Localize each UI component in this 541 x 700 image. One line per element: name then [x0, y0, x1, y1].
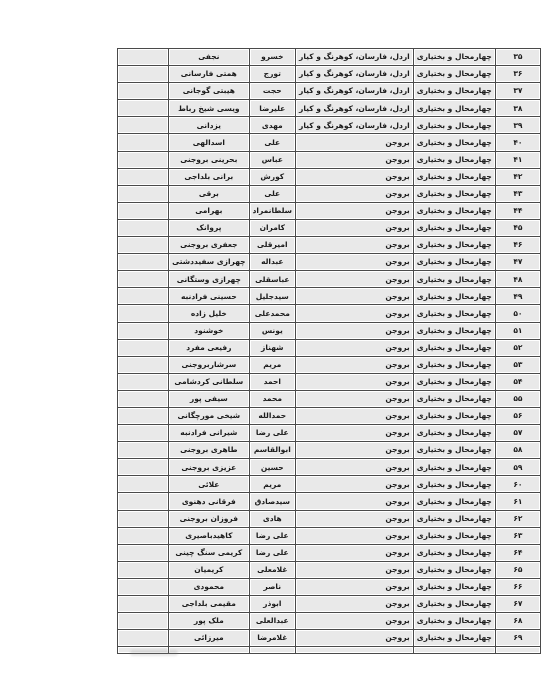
cell-empty [118, 510, 169, 527]
cell-row-number: ۳۶ [495, 66, 540, 83]
cell-last-name: اسدالهی [169, 134, 249, 151]
cell-first-name: کامران [249, 219, 296, 236]
table-row: ۵۹ چهارمحال و بختیاری بروجن حسین عزیزی ب… [118, 459, 541, 476]
cell-last-name: چهرازی سفیددشتی [169, 254, 249, 271]
cell-last-name: سلطانی کردشامی [169, 373, 249, 390]
roster-table-container: ۳۵ چهارمحال و بختیاری اردل، فارسان، کوهر… [117, 48, 541, 654]
scanned-page: ۳۵ چهارمحال و بختیاری اردل، فارسان، کوهر… [0, 0, 541, 700]
table-row: ۴۰ چهارمحال و بختیاری بروجن علی اسدالهی [118, 134, 541, 151]
cell-first-name: غلامعلی [249, 561, 296, 578]
cell-row-number: ۵۲ [495, 339, 540, 356]
cell-empty [118, 322, 169, 339]
cell-county: بروجن [296, 322, 414, 339]
cell-first-name: علی [249, 185, 296, 202]
cell-first-name: سیدجلیل [249, 288, 296, 305]
cell-county: اردل، فارسان، کوهرنگ و کیار [296, 83, 414, 100]
cell-row-number [495, 647, 540, 654]
cell-empty [118, 117, 169, 134]
cell-row-number: ۵۸ [495, 442, 540, 459]
cell-province: چهارمحال و بختیاری [413, 49, 495, 66]
table-row: ۴۹ چهارمحال و بختیاری بروجن سیدجلیل حسین… [118, 288, 541, 305]
cell-county: بروجن [296, 134, 414, 151]
cell-empty [118, 476, 169, 493]
cell-last-name: بهرامی [169, 202, 249, 219]
cell-county: بروجن [296, 237, 414, 254]
cell-row-number: ۴۴ [495, 202, 540, 219]
cell-last-name: عزیزی بروجنی [169, 459, 249, 476]
cell-last-name: ملک پور [169, 613, 249, 630]
cell-empty [118, 288, 169, 305]
cell-first-name: سیدصادق [249, 493, 296, 510]
cell-empty [118, 339, 169, 356]
cell-empty [118, 356, 169, 373]
table-row: ۳۶ چهارمحال و بختیاری اردل، فارسان، کوهر… [118, 66, 541, 83]
cell-province: چهارمحال و بختیاری [413, 305, 495, 322]
cell-first-name: محمدعلی [249, 305, 296, 322]
cell-row-number: ۵۷ [495, 425, 540, 442]
cell-province: چهارمحال و بختیاری [413, 356, 495, 373]
cell-province: چهارمحال و بختیاری [413, 613, 495, 630]
cell-first-name: کورش [249, 168, 296, 185]
cell-province [413, 647, 495, 654]
cell-first-name: حمدالله [249, 407, 296, 424]
cell-empty [118, 442, 169, 459]
cell-province: چهارمحال و بختیاری [413, 578, 495, 595]
cell-first-name: ابوالقاسم [249, 442, 296, 459]
table-row: ۶۸ چهارمحال و بختیاری بروجن عبدالعلی ملک… [118, 613, 541, 630]
table-row: ۶۵ چهارمحال و بختیاری بروجن غلامعلی کریم… [118, 561, 541, 578]
cell-last-name: هیبتی گوجانی [169, 83, 249, 100]
cell-county: بروجن [296, 544, 414, 561]
cell-empty [118, 151, 169, 168]
cell-last-name: خوشنود [169, 322, 249, 339]
cell-empty [118, 83, 169, 100]
cell-county: بروجن [296, 305, 414, 322]
cell-empty [118, 305, 169, 322]
cell-row-number: ۵۳ [495, 356, 540, 373]
cell-county: اردل، فارسان، کوهرنگ و کیار [296, 49, 414, 66]
table-row: ۳۹ چهارمحال و بختیاری اردل، فارسان، کوهر… [118, 117, 541, 134]
cell-county: بروجن [296, 613, 414, 630]
cell-row-number: ۴۶ [495, 237, 540, 254]
cell-province: چهارمحال و بختیاری [413, 390, 495, 407]
cell-row-number: ۶۷ [495, 596, 540, 613]
cell-province: چهارمحال و بختیاری [413, 630, 495, 647]
cell-county: بروجن [296, 373, 414, 390]
cell-first-name [249, 647, 296, 654]
table-row: ۴۶ چهارمحال و بختیاری بروجن امیرقلی جعفر… [118, 237, 541, 254]
cell-first-name: ابوذر [249, 596, 296, 613]
table-row: ۶۶ چهارمحال و بختیاری بروجن ناصر محمودی [118, 578, 541, 595]
table-row: ۵۷ چهارمحال و بختیاری بروجن علی رضا شیرا… [118, 425, 541, 442]
cell-row-number: ۳۸ [495, 100, 540, 117]
cell-first-name: یونس [249, 322, 296, 339]
cell-last-name: چهرازی وستگانی [169, 271, 249, 288]
cell-last-name: کریمی سنگ چینی [169, 544, 249, 561]
cell-province: چهارمحال و بختیاری [413, 442, 495, 459]
table-row: ۴۲ چهارمحال و بختیاری بروجن کورش برانی ب… [118, 168, 541, 185]
table-row: ۳۸ چهارمحال و بختیاری اردل، فارسان، کوهر… [118, 100, 541, 117]
scan-smudge-artifact [130, 650, 178, 656]
cell-row-number: ۶۲ [495, 510, 540, 527]
cell-row-number: ۴۱ [495, 151, 540, 168]
table-row: ۶۳ چهارمحال و بختیاری بروجن علی رضا کاهی… [118, 527, 541, 544]
cell-empty [118, 202, 169, 219]
table-row: ۴۸ چهارمحال و بختیاری بروجن عباسقلی چهرا… [118, 271, 541, 288]
cell-row-number: ۴۸ [495, 271, 540, 288]
cell-empty [118, 168, 169, 185]
cell-empty [118, 66, 169, 83]
cell-last-name: برقی [169, 185, 249, 202]
cell-row-number: ۶۴ [495, 544, 540, 561]
table-row: ۵۶ چهارمحال و بختیاری بروجن حمدالله شیخی… [118, 407, 541, 424]
cell-county: بروجن [296, 442, 414, 459]
cell-province: چهارمحال و بختیاری [413, 288, 495, 305]
cell-empty [118, 373, 169, 390]
cell-first-name: حجت [249, 83, 296, 100]
cell-first-name: علیرضا [249, 100, 296, 117]
table-row [118, 647, 541, 654]
cell-province: چهارمحال و بختیاری [413, 322, 495, 339]
cell-county: بروجن [296, 476, 414, 493]
cell-first-name: امیرقلی [249, 237, 296, 254]
cell-county: بروجن [296, 390, 414, 407]
table-row: ۴۴ چهارمحال و بختیاری بروجن سلطانمراد به… [118, 202, 541, 219]
table-row: ۵۴ چهارمحال و بختیاری بروجن احمد سلطانی … [118, 373, 541, 390]
cell-empty [118, 49, 169, 66]
cell-first-name: مریم [249, 356, 296, 373]
cell-county: بروجن [296, 561, 414, 578]
table-row: ۶۰ چهارمحال و بختیاری بروجن مریم علائی [118, 476, 541, 493]
cell-county: بروجن [296, 185, 414, 202]
cell-county: بروجن [296, 596, 414, 613]
cell-province: چهارمحال و بختیاری [413, 202, 495, 219]
table-row: ۴۳ چهارمحال و بختیاری بروجن علی برقی [118, 185, 541, 202]
cell-province: چهارمحال و بختیاری [413, 510, 495, 527]
table-row: ۵۰ چهارمحال و بختیاری بروجن محمدعلی خلیل… [118, 305, 541, 322]
cell-empty [118, 390, 169, 407]
cell-province: چهارمحال و بختیاری [413, 185, 495, 202]
table-row: ۵۳ چهارمحال و بختیاری بروجن مریم سرشاربر… [118, 356, 541, 373]
cell-first-name: شهناز [249, 339, 296, 356]
cell-first-name: علی رضا [249, 527, 296, 544]
cell-row-number: ۶۵ [495, 561, 540, 578]
cell-province: چهارمحال و بختیاری [413, 100, 495, 117]
cell-last-name: یزدانی [169, 117, 249, 134]
cell-row-number: ۵۹ [495, 459, 540, 476]
roster-table: ۳۵ چهارمحال و بختیاری اردل، فارسان، کوهر… [117, 48, 541, 654]
cell-province: چهارمحال و بختیاری [413, 527, 495, 544]
cell-last-name: نجفی [169, 49, 249, 66]
cell-row-number: ۶۹ [495, 630, 540, 647]
cell-county: بروجن [296, 202, 414, 219]
cell-last-name: سیفی پور [169, 390, 249, 407]
cell-last-name: حسینی فرادنبه [169, 288, 249, 305]
table-body: ۳۵ چهارمحال و بختیاری اردل، فارسان، کوهر… [118, 49, 541, 654]
cell-first-name: مریم [249, 476, 296, 493]
cell-province: چهارمحال و بختیاری [413, 66, 495, 83]
cell-row-number: ۴۳ [495, 185, 540, 202]
cell-row-number: ۴۵ [495, 219, 540, 236]
cell-row-number: ۴۰ [495, 134, 540, 151]
cell-county: بروجن [296, 168, 414, 185]
cell-first-name: احمد [249, 373, 296, 390]
cell-province: چهارمحال و بختیاری [413, 373, 495, 390]
cell-empty [118, 425, 169, 442]
cell-province: چهارمحال و بختیاری [413, 476, 495, 493]
table-row: ۴۷ چهارمحال و بختیاری بروجن عبداله چهراز… [118, 254, 541, 271]
cell-first-name: ناصر [249, 578, 296, 595]
cell-empty [118, 254, 169, 271]
cell-last-name: مقیمی بلداجی [169, 596, 249, 613]
cell-row-number: ۵۰ [495, 305, 540, 322]
cell-last-name: فرقانی دهنوی [169, 493, 249, 510]
cell-first-name: عبدالعلی [249, 613, 296, 630]
cell-empty [118, 613, 169, 630]
cell-last-name: طاهری بروجنی [169, 442, 249, 459]
cell-county: اردل، فارسان، کوهرنگ و کیار [296, 66, 414, 83]
cell-last-name: شیرانی فرادنبه [169, 425, 249, 442]
cell-county: بروجن [296, 510, 414, 527]
cell-county: بروجن [296, 425, 414, 442]
cell-province: چهارمحال و بختیاری [413, 425, 495, 442]
cell-county: بروجن [296, 630, 414, 647]
cell-province: چهارمحال و بختیاری [413, 151, 495, 168]
cell-province: چهارمحال و بختیاری [413, 168, 495, 185]
cell-last-name: محمودی [169, 578, 249, 595]
cell-empty [118, 271, 169, 288]
cell-row-number: ۴۷ [495, 254, 540, 271]
cell-row-number: ۳۹ [495, 117, 540, 134]
cell-last-name: بحرینی بروجنی [169, 151, 249, 168]
cell-empty [118, 185, 169, 202]
cell-county: بروجن [296, 288, 414, 305]
cell-province: چهارمحال و بختیاری [413, 83, 495, 100]
table-row: ۵۲ چهارمحال و بختیاری بروجن شهناز رفیعی … [118, 339, 541, 356]
cell-empty [118, 578, 169, 595]
cell-county: بروجن [296, 339, 414, 356]
table-row: ۵۸ چهارمحال و بختیاری بروجن ابوالقاسم طا… [118, 442, 541, 459]
cell-first-name: غلامرضا [249, 630, 296, 647]
cell-province: چهارمحال و بختیاری [413, 596, 495, 613]
cell-province: چهارمحال و بختیاری [413, 254, 495, 271]
cell-county: بروجن [296, 407, 414, 424]
cell-row-number: ۴۲ [495, 168, 540, 185]
cell-empty [118, 596, 169, 613]
cell-last-name: کریمیان [169, 561, 249, 578]
cell-province: چهارمحال و بختیاری [413, 117, 495, 134]
table-row: ۴۵ چهارمحال و بختیاری بروجن کامران پروان… [118, 219, 541, 236]
cell-empty [118, 407, 169, 424]
cell-row-number: ۶۰ [495, 476, 540, 493]
cell-empty [118, 493, 169, 510]
cell-province: چهارمحال و بختیاری [413, 134, 495, 151]
cell-county: بروجن [296, 151, 414, 168]
table-row: ۳۷ چهارمحال و بختیاری اردل، فارسان، کوهر… [118, 83, 541, 100]
cell-last-name: کاهیدباصیری [169, 527, 249, 544]
cell-first-name: عبداله [249, 254, 296, 271]
cell-last-name: پروانک [169, 219, 249, 236]
cell-row-number: ۵۴ [495, 373, 540, 390]
cell-last-name: رفیعی مفرد [169, 339, 249, 356]
cell-first-name: تورج [249, 66, 296, 83]
table-row: ۵۵ چهارمحال و بختیاری بروجن محمد سیفی پو… [118, 390, 541, 407]
table-row: ۴۱ چهارمحال و بختیاری بروجن عباس بحرینی … [118, 151, 541, 168]
cell-empty [118, 134, 169, 151]
cell-province: چهارمحال و بختیاری [413, 493, 495, 510]
table-row: ۶۷ چهارمحال و بختیاری بروجن ابوذر مقیمی … [118, 596, 541, 613]
cell-county: بروجن [296, 578, 414, 595]
cell-row-number: ۴۹ [495, 288, 540, 305]
cell-last-name: برانی بلداجی [169, 168, 249, 185]
cell-empty [118, 459, 169, 476]
cell-last-name: سرشاربروجنی [169, 356, 249, 373]
table-row: ۶۲ چهارمحال و بختیاری بروجن هادی فروزان … [118, 510, 541, 527]
cell-first-name: عباس [249, 151, 296, 168]
cell-last-name: خلیل زاده [169, 305, 249, 322]
cell-first-name: حسین [249, 459, 296, 476]
cell-row-number: ۵۱ [495, 322, 540, 339]
table-row: ۶۱ چهارمحال و بختیاری بروجن سیدصادق فرقا… [118, 493, 541, 510]
table-row: ۶۴ چهارمحال و بختیاری بروجن علی رضا کریم… [118, 544, 541, 561]
cell-empty [118, 630, 169, 647]
cell-last-name: فروزان بروجنی [169, 510, 249, 527]
cell-county [296, 647, 414, 654]
cell-province: چهارمحال و بختیاری [413, 339, 495, 356]
cell-last-name: ویسی شیخ رباط [169, 100, 249, 117]
cell-province: چهارمحال و بختیاری [413, 561, 495, 578]
cell-row-number: ۶۶ [495, 578, 540, 595]
cell-province: چهارمحال و بختیاری [413, 544, 495, 561]
cell-first-name: علی رضا [249, 425, 296, 442]
cell-empty [118, 219, 169, 236]
cell-first-name: سلطانمراد [249, 202, 296, 219]
cell-empty [118, 527, 169, 544]
cell-last-name: علائی [169, 476, 249, 493]
cell-first-name: علی رضا [249, 544, 296, 561]
cell-first-name: مهدی [249, 117, 296, 134]
cell-county: بروجن [296, 527, 414, 544]
cell-county: بروجن [296, 271, 414, 288]
cell-county: اردل، فارسان، کوهرنگ و کیار [296, 100, 414, 117]
cell-row-number: ۵۵ [495, 390, 540, 407]
table-row: ۳۵ چهارمحال و بختیاری اردل، فارسان، کوهر… [118, 49, 541, 66]
cell-row-number: ۳۵ [495, 49, 540, 66]
cell-last-name: همتی فارسانی [169, 66, 249, 83]
cell-empty [118, 544, 169, 561]
cell-province: چهارمحال و بختیاری [413, 219, 495, 236]
cell-empty [118, 237, 169, 254]
cell-county: بروجن [296, 459, 414, 476]
cell-last-name: شیخی مورچگانی [169, 407, 249, 424]
cell-province: چهارمحال و بختیاری [413, 271, 495, 288]
cell-row-number: ۵۶ [495, 407, 540, 424]
cell-county: بروجن [296, 356, 414, 373]
cell-row-number: ۶۸ [495, 613, 540, 630]
cell-row-number: ۶۳ [495, 527, 540, 544]
cell-province: چهارمحال و بختیاری [413, 237, 495, 254]
table-row: ۶۹ چهارمحال و بختیاری بروجن غلامرضا میرز… [118, 630, 541, 647]
cell-empty [118, 100, 169, 117]
cell-first-name: علی [249, 134, 296, 151]
table-row: ۵۱ چهارمحال و بختیاری بروجن یونس خوشنود [118, 322, 541, 339]
cell-first-name: خسرو [249, 49, 296, 66]
cell-province: چهارمحال و بختیاری [413, 407, 495, 424]
cell-county: بروجن [296, 493, 414, 510]
cell-county: بروجن [296, 219, 414, 236]
cell-last-name [169, 647, 249, 654]
cell-row-number: ۶۱ [495, 493, 540, 510]
cell-last-name: میرزائی [169, 630, 249, 647]
cell-first-name: هادی [249, 510, 296, 527]
cell-empty [118, 561, 169, 578]
cell-county: بروجن [296, 254, 414, 271]
cell-county: اردل، فارسان، کوهرنگ و کیار [296, 117, 414, 134]
cell-last-name: جعفری بروجنی [169, 237, 249, 254]
cell-province: چهارمحال و بختیاری [413, 459, 495, 476]
cell-row-number: ۳۷ [495, 83, 540, 100]
cell-first-name: محمد [249, 390, 296, 407]
cell-first-name: عباسقلی [249, 271, 296, 288]
